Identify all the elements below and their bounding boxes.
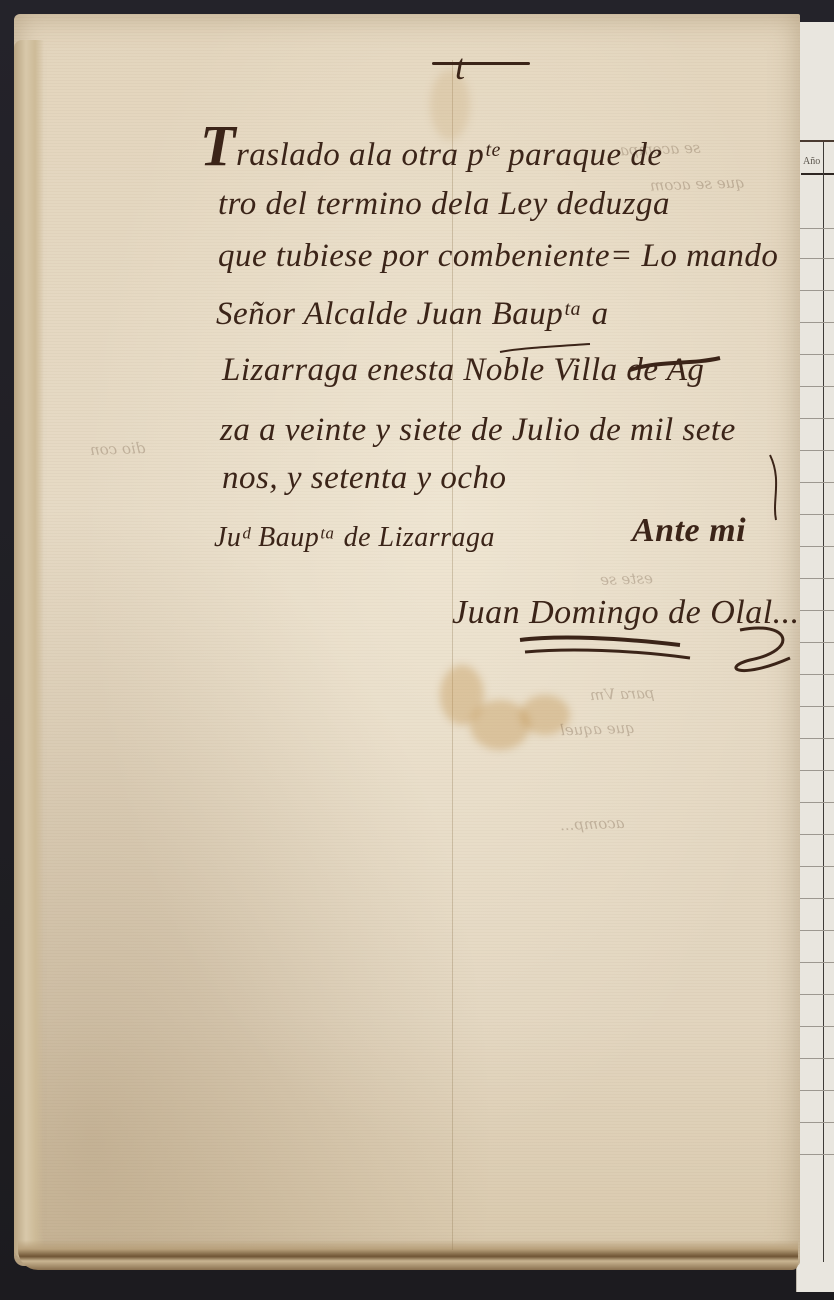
ledger-row-rule bbox=[797, 1154, 834, 1155]
ledger-row-rule bbox=[797, 1122, 834, 1123]
ledger-row-rule bbox=[797, 706, 834, 707]
ledger-row-rule bbox=[797, 866, 834, 867]
decorated-initial: T bbox=[200, 113, 236, 178]
bleed-through-text: que aquel bbox=[560, 719, 635, 740]
ledger-row-rule bbox=[797, 834, 834, 835]
ledger-row-rule bbox=[797, 930, 834, 931]
ledger-row-rule bbox=[797, 738, 834, 739]
ledger-row-rule bbox=[797, 962, 834, 963]
bleed-through-text: dio con bbox=[90, 439, 146, 459]
ledger-column-divider bbox=[823, 142, 824, 1262]
ledger-row-rule bbox=[797, 1090, 834, 1091]
bleed-through-text: acomp... bbox=[560, 814, 625, 834]
ledger-row-rule bbox=[797, 802, 834, 803]
ledger-row-rule bbox=[797, 770, 834, 771]
rubric-flourishes bbox=[420, 60, 820, 700]
ledger-row-rule bbox=[797, 1058, 834, 1059]
page-edge-bottom bbox=[18, 1240, 798, 1270]
page-edge-left bbox=[14, 40, 44, 1260]
ledger-row-rule bbox=[797, 1026, 834, 1027]
ledger-row-rule bbox=[797, 994, 834, 995]
ledger-row-rule bbox=[797, 898, 834, 899]
